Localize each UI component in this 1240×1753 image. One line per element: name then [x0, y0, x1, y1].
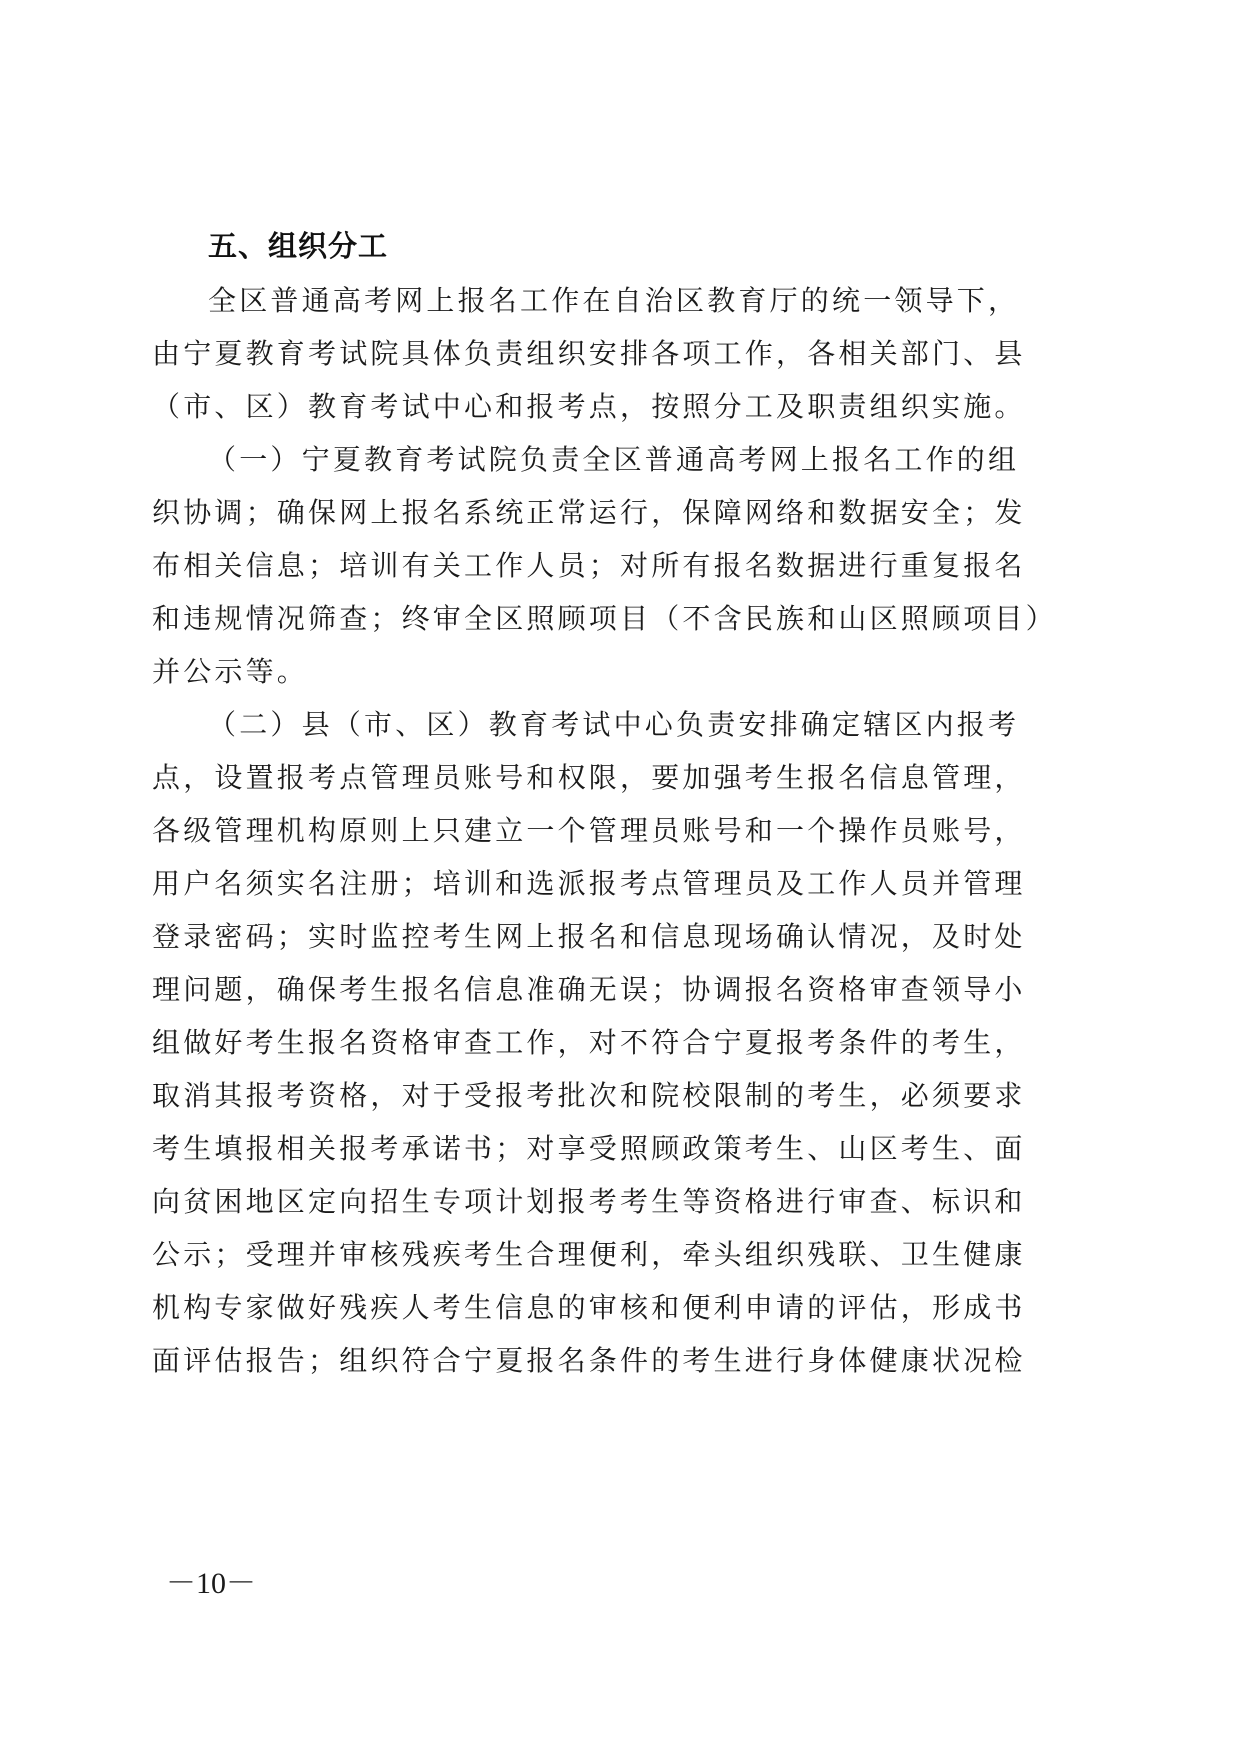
- paragraph-1-line-1: 全区普通高考网上报名工作在自治区教育厅的统一领导下，: [208, 281, 1148, 321]
- paragraph-3-line-4: 用户名须实名注册；培训和选派报考点管理员及工作人员并管理: [152, 864, 1092, 904]
- paragraph-2-line-5: 并公示等。: [152, 652, 1092, 692]
- paragraph-3-line-12: 机构专家做好残疾人考生信息的审核和便利申请的评估，形成书: [152, 1288, 1092, 1328]
- paragraph-3-line-7: 组做好考生报名资格审查工作，对不符合宁夏报考条件的考生，: [152, 1023, 1092, 1063]
- paragraph-3-line-1: （二）县（市、区）教育考试中心负责安排确定辖区内报考: [208, 705, 1148, 745]
- paragraph-1-line-3: （市、区）教育考试中心和报考点，按照分工及职责组织实施。: [152, 387, 1092, 427]
- paragraph-2-line-2: 织协调；确保网上报名系统正常运行，保障网络和数据安全；发: [152, 493, 1092, 533]
- paragraph-1-line-2: 由宁夏教育考试院具体负责组织安排各项工作，各相关部门、县: [152, 334, 1092, 374]
- paragraph-3-line-11: 公示；受理并审核残疾考生合理便利，牵头组织残联、卫生健康: [152, 1235, 1092, 1275]
- paragraph-2-line-1: （一）宁夏教育考试院负责全区普通高考网上报名工作的组: [208, 440, 1148, 480]
- paragraph-3-line-9: 考生填报相关报考承诺书；对享受照顾政策考生、山区考生、面: [152, 1129, 1092, 1169]
- paragraph-3-line-10: 向贫困地区定向招生专项计划报考考生等资格进行审查、标识和: [152, 1182, 1092, 1222]
- paragraph-2-line-3: 布相关信息；培训有关工作人员；对所有报名数据进行重复报名: [152, 546, 1092, 586]
- paragraph-3-line-13: 面评估报告；组织符合宁夏报名条件的考生进行身体健康状况检: [152, 1341, 1092, 1381]
- paragraph-3-line-8: 取消其报考资格，对于受报考批次和院校限制的考生，必须要求: [152, 1076, 1092, 1116]
- paragraph-3-line-2: 点，设置报考点管理员账号和权限，要加强考生报名信息管理，: [152, 758, 1092, 798]
- paragraph-3-line-5: 登录密码；实时监控考生网上报名和信息现场确认情况，及时处: [152, 917, 1092, 957]
- page-number: －10－: [166, 1564, 256, 1604]
- document-page: 五、组织分工 全区普通高考网上报名工作在自治区教育厅的统一领导下， 由宁夏教育考…: [0, 0, 1240, 1753]
- paragraph-2-line-4: 和违规情况筛查；终审全区照顾项目（不含民族和山区照顾项目）: [152, 599, 1092, 639]
- section-heading: 五、组织分工: [208, 226, 388, 266]
- paragraph-3-line-6: 理问题，确保考生报名信息准确无误；协调报名资格审查领导小: [152, 970, 1092, 1010]
- paragraph-3-line-3: 各级管理机构原则上只建立一个管理员账号和一个操作员账号，: [152, 811, 1092, 851]
